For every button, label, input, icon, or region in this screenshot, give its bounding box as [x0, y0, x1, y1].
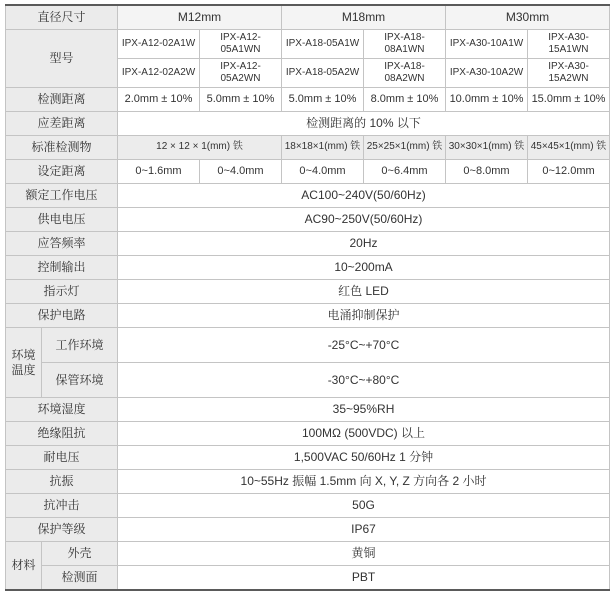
header-row: 直径尺寸 M12mm M18mm M30mm — [6, 5, 610, 30]
humidity-row: 环境湿度 35~95%RH — [6, 398, 610, 422]
set-distance-cell: 0~6.4mm — [364, 160, 446, 184]
row-label-vibration: 抗振 — [6, 470, 118, 494]
hysteresis-value: 检测距离的 10% 以下 — [118, 112, 610, 136]
detect-distance-cell: 8.0mm ± 10% — [364, 88, 446, 112]
detect-distance-cell: 2.0mm ± 10% — [118, 88, 200, 112]
model-cell: IPX-A30-15A1WN — [528, 30, 610, 59]
ambient-temp-storage-row: 保管环境 -30°C~+80°C — [6, 363, 610, 398]
shock-row: 抗冲击 50G — [6, 494, 610, 518]
model-cell: IPX-A12-05A2WN — [200, 59, 282, 88]
row-label-housing: 外壳 — [42, 542, 118, 566]
material-sensing-face-row: 检测面 PBT — [6, 566, 610, 591]
header-group-m18: M18mm — [282, 5, 446, 30]
response-frequency-row: 应答频率 20Hz — [6, 232, 610, 256]
row-label-working-env: 工作环境 — [42, 328, 118, 363]
standard-object-cell: 12 × 12 × 1(mm) 铁 — [118, 136, 282, 160]
insulation-row: 绝缘阻抗 100MΩ (500VDC) 以上 — [6, 422, 610, 446]
detect-distance-cell: 5.0mm ± 10% — [200, 88, 282, 112]
detect-distance-cell: 10.0mm ± 10% — [446, 88, 528, 112]
row-label-set-distance: 设定距离 — [6, 160, 118, 184]
withstand-voltage-value: 1,500VAC 50/60Hz 1 分钟 — [118, 446, 610, 470]
set-distance-cell: 0~12.0mm — [528, 160, 610, 184]
set-distance-cell: 0~4.0mm — [282, 160, 364, 184]
model-cell: IPX-A18-05A1W — [282, 30, 364, 59]
rated-voltage-value: AC100~240V(50/60Hz) — [118, 184, 610, 208]
row-label-protection-rating: 保护等级 — [6, 518, 118, 542]
model-row-1: 型号 IPX-A12-02A1W IPX-A12-05A1WN IPX-A18-… — [6, 30, 610, 59]
set-distance-cell: 0~1.6mm — [118, 160, 200, 184]
shock-value: 50G — [118, 494, 610, 518]
set-distance-cell: 0~8.0mm — [446, 160, 528, 184]
hysteresis-row: 应差距离 检测距离的 10% 以下 — [6, 112, 610, 136]
row-label-detect-distance: 检测距离 — [6, 88, 118, 112]
row-label-shock: 抗冲击 — [6, 494, 118, 518]
control-output-value: 10~200mA — [118, 256, 610, 280]
standard-object-row: 标准检测物 12 × 12 × 1(mm) 铁 18×18×1(mm) 铁 25… — [6, 136, 610, 160]
row-label-diameter: 直径尺寸 — [6, 5, 118, 30]
rated-voltage-row: 额定工作电压 AC100~240V(50/60Hz) — [6, 184, 610, 208]
insulation-value: 100MΩ (500VDC) 以上 — [118, 422, 610, 446]
working-env-value: -25°C~+70°C — [118, 328, 610, 363]
set-distance-row: 设定距离 0~1.6mm 0~4.0mm 0~4.0mm 0~6.4mm 0~8… — [6, 160, 610, 184]
row-label-protection-circuit: 保护电路 — [6, 304, 118, 328]
row-label-storage-env: 保管环境 — [42, 363, 118, 398]
humidity-value: 35~95%RH — [118, 398, 610, 422]
row-label-indicator: 指示灯 — [6, 280, 118, 304]
detect-distance-cell: 15.0mm ± 10% — [528, 88, 610, 112]
indicator-value: 红色 LED — [118, 280, 610, 304]
storage-env-value: -30°C~+80°C — [118, 363, 610, 398]
material-housing-row: 材料 外壳 黄铜 — [6, 542, 610, 566]
row-label-withstand-voltage: 耐电压 — [6, 446, 118, 470]
row-label-sensing-face: 检测面 — [42, 566, 118, 591]
model-cell: IPX-A18-08A2WN — [364, 59, 446, 88]
detect-distance-cell: 5.0mm ± 10% — [282, 88, 364, 112]
header-group-m12: M12mm — [118, 5, 282, 30]
ambient-temp-work-row: 环境温度 工作环境 -25°C~+70°C — [6, 328, 610, 363]
spec-table: 直径尺寸 M12mm M18mm M30mm 型号 IPX-A12-02A1W … — [5, 4, 610, 591]
model-cell: IPX-A30-15A2WN — [528, 59, 610, 88]
housing-value: 黄铜 — [118, 542, 610, 566]
row-label-insulation: 绝缘阻抗 — [6, 422, 118, 446]
standard-object-cell: 30×30×1(mm) 铁 — [446, 136, 528, 160]
standard-object-cell: 18×18×1(mm) 铁 — [282, 136, 364, 160]
withstand-voltage-row: 耐电压 1,500VAC 50/60Hz 1 分钟 — [6, 446, 610, 470]
vibration-value: 10~55Hz 振幅 1.5mm 向 X, Y, Z 方向各 2 小时 — [118, 470, 610, 494]
model-cell: IPX-A18-05A2W — [282, 59, 364, 88]
sensing-face-value: PBT — [118, 566, 610, 591]
standard-object-cell: 45×45×1(mm) 铁 — [528, 136, 610, 160]
set-distance-cell: 0~4.0mm — [200, 160, 282, 184]
row-label-rated-voltage: 额定工作电压 — [6, 184, 118, 208]
row-label-control-output: 控制输出 — [6, 256, 118, 280]
model-cell: IPX-A30-10A2W — [446, 59, 528, 88]
row-label-material: 材料 — [6, 542, 42, 591]
response-frequency-value: 20Hz — [118, 232, 610, 256]
page: 直径尺寸 M12mm M18mm M30mm 型号 IPX-A12-02A1W … — [0, 0, 614, 573]
row-label-supply-voltage: 供电电压 — [6, 208, 118, 232]
protection-rating-row: 保护等级 IP67 — [6, 518, 610, 542]
protection-rating-value: IP67 — [118, 518, 610, 542]
standard-object-cell: 25×25×1(mm) 铁 — [364, 136, 446, 160]
protection-circuit-row: 保护电路 电涌抑制保护 — [6, 304, 610, 328]
vibration-row: 抗振 10~55Hz 振幅 1.5mm 向 X, Y, Z 方向各 2 小时 — [6, 470, 610, 494]
model-cell: IPX-A12-02A2W — [118, 59, 200, 88]
model-cell: IPX-A12-05A1WN — [200, 30, 282, 59]
indicator-row: 指示灯 红色 LED — [6, 280, 610, 304]
detect-distance-row: 检测距离 2.0mm ± 10% 5.0mm ± 10% 5.0mm ± 10%… — [6, 88, 610, 112]
row-label-model: 型号 — [6, 30, 118, 88]
row-label-standard-object: 标准检测物 — [6, 136, 118, 160]
row-label-humidity: 环境湿度 — [6, 398, 118, 422]
protection-circuit-value: 电涌抑制保护 — [118, 304, 610, 328]
supply-voltage-row: 供电电压 AC90~250V(50/60Hz) — [6, 208, 610, 232]
header-group-m30: M30mm — [446, 5, 610, 30]
row-label-hysteresis: 应差距离 — [6, 112, 118, 136]
row-label-response-frequency: 应答频率 — [6, 232, 118, 256]
model-cell: IPX-A12-02A1W — [118, 30, 200, 59]
supply-voltage-value: AC90~250V(50/60Hz) — [118, 208, 610, 232]
model-cell: IPX-A18-08A1WN — [364, 30, 446, 59]
model-cell: IPX-A30-10A1W — [446, 30, 528, 59]
control-output-row: 控制输出 10~200mA — [6, 256, 610, 280]
row-label-ambient-temperature: 环境温度 — [6, 328, 42, 398]
